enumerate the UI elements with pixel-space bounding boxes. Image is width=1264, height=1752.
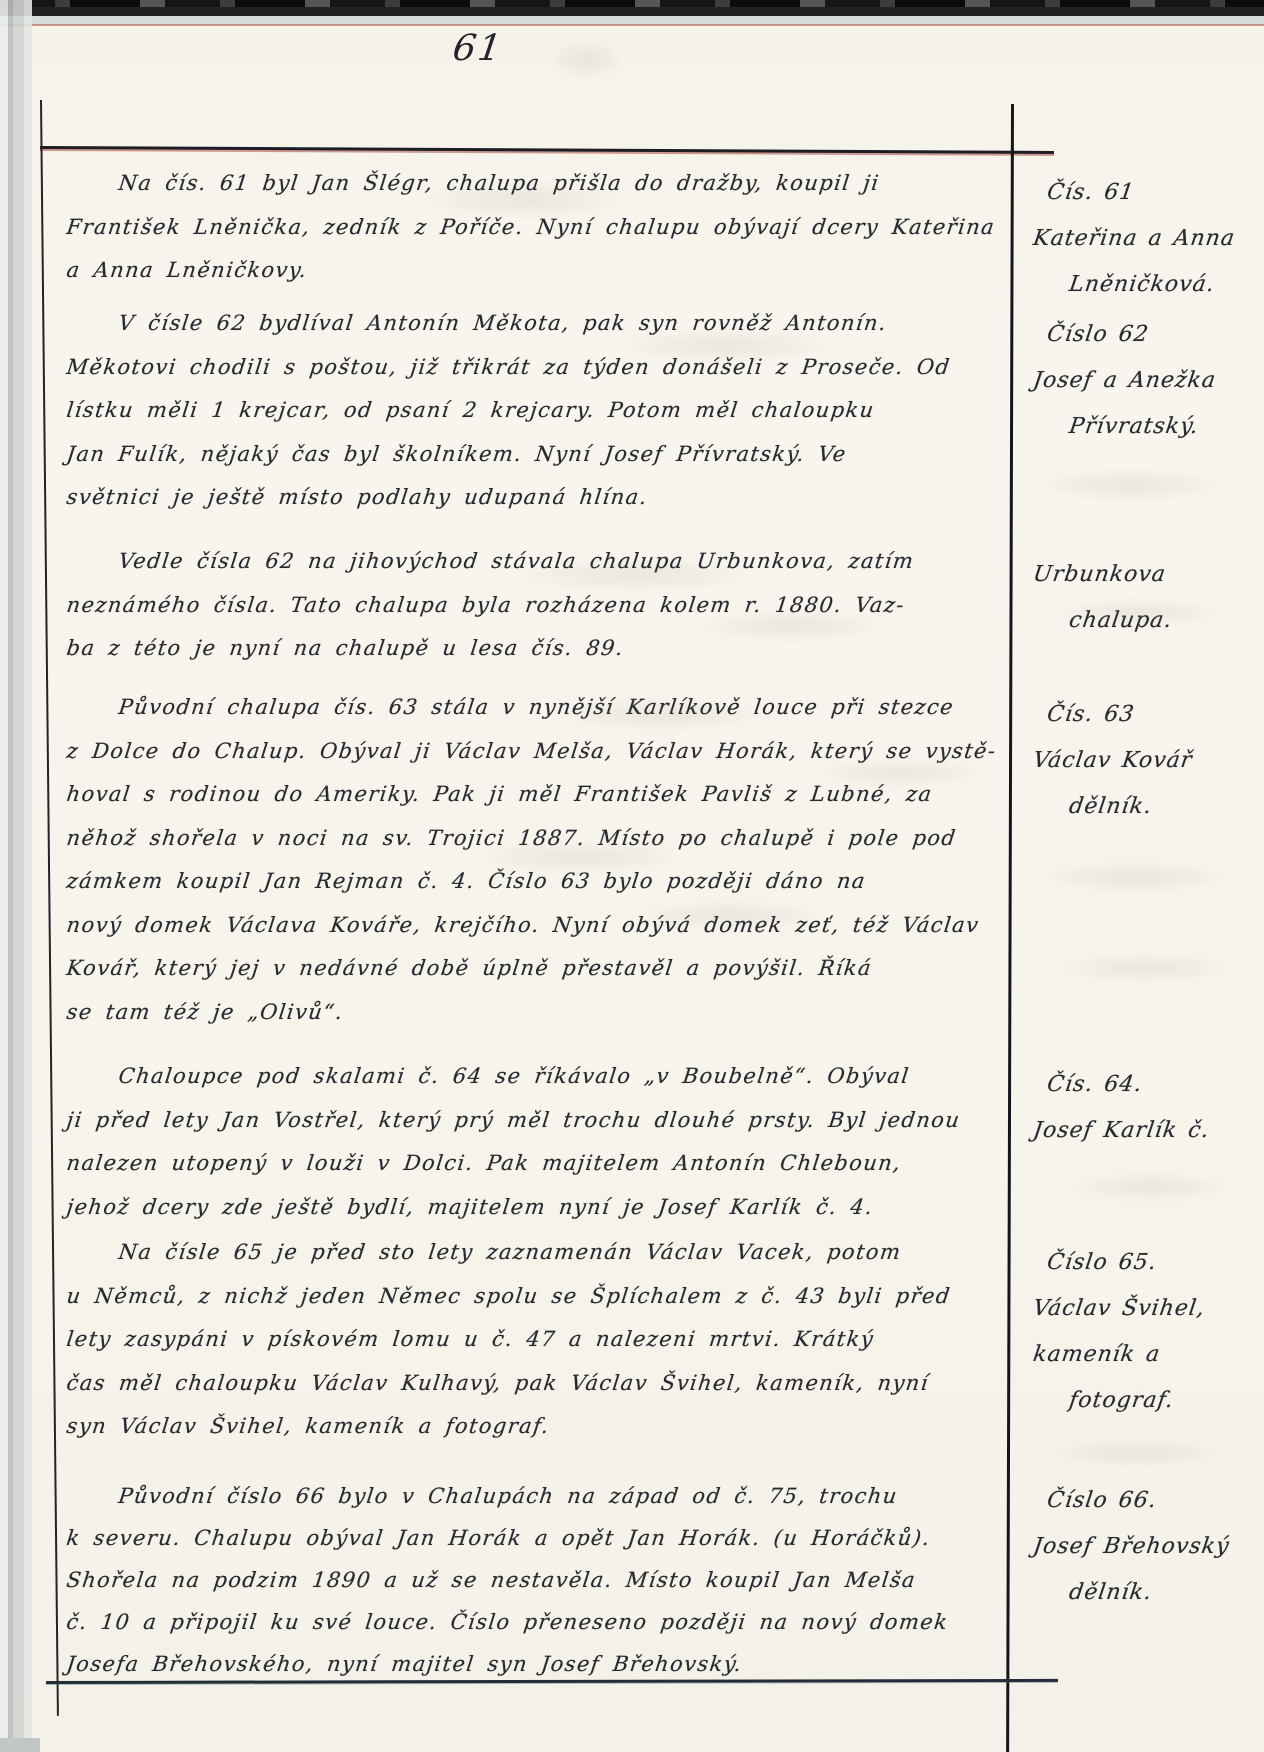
bleed-through-artifact — [1050, 1440, 1220, 1466]
text-line: Na čísle 65 je před sto lety zaznamenán … — [64, 1231, 1004, 1275]
scan-edge-top — [0, 0, 1264, 25]
text-line: Jan Fulík, nějaký čas byl školníkem. Nyn… — [64, 433, 1004, 477]
bleed-through-artifact — [480, 842, 680, 872]
margin-note-heading: Čís. 64. — [1030, 1062, 1264, 1108]
margin-note-62: Číslo 62 Josef a Anežka Přívratský. — [1030, 312, 1264, 450]
margin-note-heading: Čís. 61 — [1030, 170, 1264, 216]
paragraph-house-61: Na čís. 61 byl Jan Šlégr, chalupa přišla… — [64, 162, 999, 293]
bleed-through-artifact — [552, 42, 622, 76]
margin-note-heading: Číslo 66. — [1030, 1478, 1264, 1524]
text-line: Kovář, který jej v nedávné době úplně př… — [64, 947, 1004, 991]
bleed-through-artifact — [640, 902, 820, 928]
bleed-through-artifact — [1040, 470, 1220, 500]
margin-note-urbunkova: Urbunkova chalupa. — [1030, 552, 1264, 644]
text-line: lístku měli 1 krejcar, od psaní 2 krejca… — [64, 389, 1004, 433]
text-line: jehož dcery zde ještě bydlí, majitelem n… — [64, 1186, 1004, 1230]
margin-note-64: Čís. 64. Josef Karlík č. — [1030, 1062, 1264, 1154]
paragraph-urbunkova-chalupa: Vedle čísla 62 na jihovýchod stávala cha… — [64, 540, 999, 671]
bleed-through-artifact — [520, 560, 750, 590]
margin-note-heading: Číslo 62 — [1030, 312, 1264, 358]
margin-note-61: Čís. 61 Kateřina a Anna Lněničková. — [1030, 170, 1264, 308]
text-line: nový domek Václava Kováře, krejčího. Nyn… — [64, 904, 1004, 948]
bleed-through-artifact — [1060, 600, 1220, 626]
scan-edge-left — [0, 0, 32, 1752]
bleed-through-artifact — [430, 185, 620, 215]
margin-note-line: Kateřina a Anna — [1030, 216, 1264, 262]
margin-note-heading: Číslo 65. — [1030, 1240, 1264, 1286]
scan-edge-redline — [0, 24, 1264, 26]
margin-note-line: Přívratský. — [1030, 404, 1264, 450]
bleed-through-artifact — [700, 612, 880, 640]
margin-note-line: Josef Karlík č. — [1030, 1108, 1264, 1154]
paragraph-house-65: Na čísle 65 je před sto lety zaznamenán … — [64, 1231, 999, 1449]
text-line: V čísle 62 bydlíval Antonín Měkota, pak … — [64, 302, 1004, 346]
margin-note-66: Číslo 66. Josef Břehovský dělník. — [1030, 1478, 1264, 1616]
text-line: lety zasypáni v pískovém lomu u č. 47 a … — [64, 1318, 1004, 1362]
text-line: č. 10 a připojil ku své louce. Číslo pře… — [64, 1601, 1004, 1643]
bleed-through-artifact — [1060, 955, 1230, 981]
margin-note-63: Čís. 63 Václav Kovář dělník. — [1030, 692, 1264, 830]
margin-note-line: dělník. — [1030, 1570, 1264, 1616]
bleed-through-artifact — [1075, 1175, 1225, 1199]
margin-note-line: Václav Švihel, — [1030, 1286, 1264, 1332]
margin-note-line: kameník a — [1030, 1332, 1264, 1378]
text-line: Josefa Břehovského, nyní majitel syn Jos… — [64, 1643, 1004, 1685]
text-line: k severu. Chalupu obýval Jan Horák a opě… — [64, 1517, 1004, 1559]
text-line: Původní číslo 66 bylo v Chalupách na záp… — [64, 1475, 1004, 1517]
text-line: u Němců, z nichž jeden Němec spolu se Šp… — [64, 1275, 1004, 1319]
text-line: se tam též je „Olivů“. — [64, 991, 1004, 1035]
margin-note-heading: Čís. 63 — [1030, 692, 1264, 738]
text-line: Měkotovi chodili s poštou, již třikrát z… — [64, 346, 1004, 390]
text-line: nalezen utopený v louži v Dolci. Pak maj… — [64, 1142, 1004, 1186]
paragraph-house-64: Chaloupce pod skalami č. 64 se říkávalo … — [64, 1055, 999, 1229]
bleed-through-artifact — [560, 700, 760, 730]
bleed-through-artifact — [820, 760, 980, 786]
bleed-through-artifact — [620, 330, 830, 362]
text-line: ji před lety Jan Vostřel, který prý měl … — [64, 1099, 1004, 1143]
paragraph-house-62: V čísle 62 bydlíval Antonín Měkota, pak … — [64, 302, 999, 520]
paragraph-house-66: Původní číslo 66 bylo v Chalupách na záp… — [64, 1475, 999, 1685]
margin-note-line: Lněničková. — [1030, 262, 1264, 308]
text-line: světnici je ještě místo podlahy udupaná … — [64, 476, 1004, 520]
table-border-left — [40, 100, 59, 1716]
bleed-through-artifact — [1045, 862, 1225, 892]
margin-note-line: fotograf. — [1030, 1378, 1264, 1424]
margin-note-line: dělník. — [1030, 784, 1264, 830]
table-border-top — [40, 146, 1054, 154]
text-line: Shořela na podzim 1890 a už se nestavěla… — [64, 1559, 1004, 1601]
margin-note-line: Josef Břehovský — [1030, 1524, 1264, 1570]
margin-note-line: Václav Kovář — [1030, 738, 1264, 784]
text-line: Původní chalupa čís. 63 stála v nynější … — [64, 686, 1004, 730]
text-line: syn Václav Švihel, kameník a fotograf. — [64, 1405, 1004, 1449]
table-column-divider — [1006, 104, 1014, 1752]
scanned-page: 61 Na čís. 61 byl Jan Šlégr, chalupa při… — [0, 0, 1264, 1752]
text-line: čas měl chaloupku Václav Kulhavý, pak Vá… — [64, 1362, 1004, 1406]
text-line: Chaloupce pod skalami č. 64 se říkávalo … — [64, 1055, 1004, 1099]
page-number: 61 — [435, 28, 521, 69]
margin-note-line: Josef a Anežka — [1030, 358, 1264, 404]
margin-note-line: Urbunkova — [1030, 552, 1264, 598]
scan-edge-corner — [0, 1738, 40, 1752]
margin-note-65: Číslo 65. Václav Švihel, kameník a fotog… — [1030, 1240, 1264, 1424]
text-line: a Anna Lněničkovy. — [64, 249, 1004, 293]
